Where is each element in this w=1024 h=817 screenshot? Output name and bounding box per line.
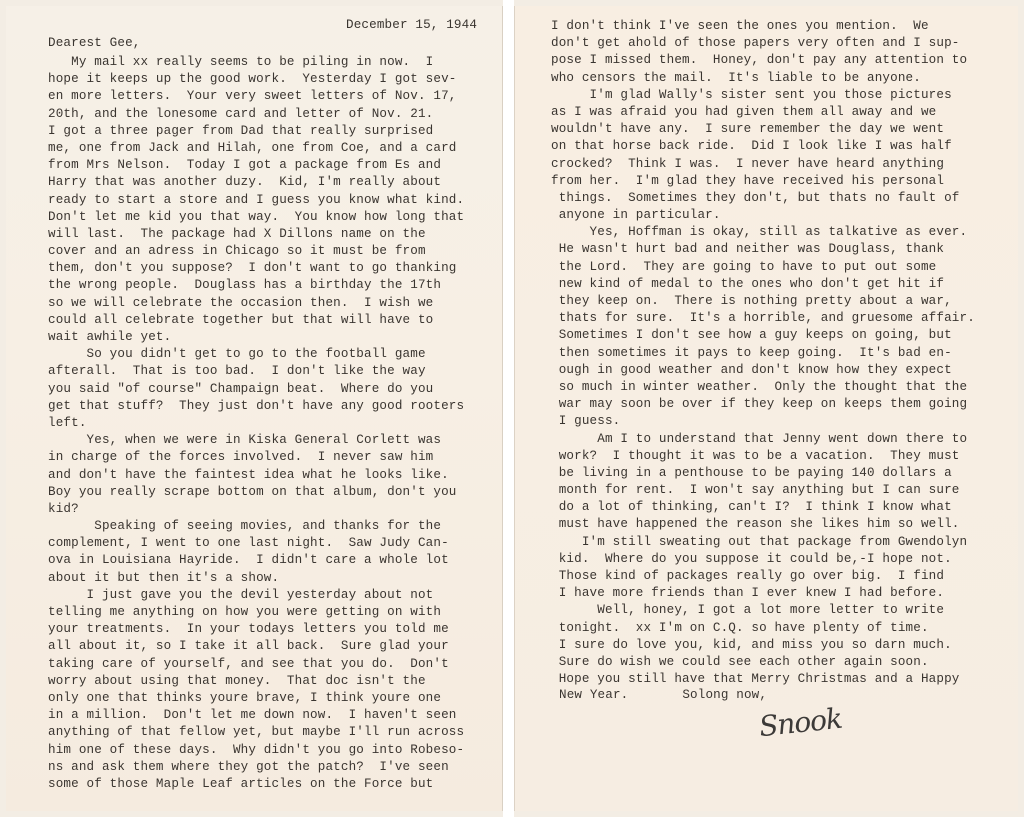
text-line: so much in winter weather. Only the thou… [551,379,975,396]
text-line: do a lot of thinking, can't I? I think I… [551,499,975,516]
text-line: left. [48,415,464,432]
text-line: in a million. Don't let me down now. I h… [48,707,464,724]
text-line: your treatments. In your todays letters … [48,621,464,638]
right-page-text: I don't think I've seen the ones you men… [551,18,975,688]
text-line: I have more friends than I ever knew I h… [551,585,975,602]
text-line: be living in a penthouse to be paying 14… [551,465,975,482]
text-line: I'm still sweating out that package from… [551,534,975,551]
page-gutter [503,0,514,817]
text-line: him one of these days. Why didn't you go… [48,742,464,759]
letter-page-left: December 15, 1944 Dearest Gee, My mail x… [6,6,503,811]
text-line: from Mrs Nelson. Today I got a package f… [48,157,464,174]
text-line: work? I thought it was to be a vacation.… [551,448,975,465]
text-line: Hope you still have that Merry Christmas… [551,671,975,688]
text-line: as I was afraid you had given them all a… [551,104,975,121]
text-line: Yes, Hoffman is okay, still as talkative… [551,224,975,241]
text-line: cover and an adress in Chicago so it mus… [48,243,464,260]
text-line: some of those Maple Leaf articles on the… [48,776,464,793]
left-page-text: My mail xx really seems to be piling in … [48,54,464,793]
text-line: kid? [48,501,464,518]
text-line: wait awhile yet. [48,329,464,346]
text-line: war may soon be over if they keep on kee… [551,396,975,413]
text-line: I guess. [551,413,975,430]
letter-spread: December 15, 1944 Dearest Gee, My mail x… [0,0,1024,817]
text-line: telling me anything on how you were gett… [48,604,464,621]
text-line: on that horse back ride. Did I look like… [551,138,975,155]
text-line: taking care of yourself, and see that yo… [48,656,464,673]
text-line: I don't think I've seen the ones you men… [551,18,975,35]
text-line: I just gave you the devil yesterday abou… [48,587,464,604]
text-line: so we will celebrate the occasion then. … [48,295,464,312]
text-line: He wasn't hurt bad and neither was Dougl… [551,241,975,258]
text-line: worry about using that money. That doc i… [48,673,464,690]
text-line: who censors the mail. It's liable to be … [551,70,975,87]
handwritten-signature: Snook [758,702,844,743]
text-line: all about it, so I take it all back. Sur… [48,638,464,655]
text-line: My mail xx really seems to be piling in … [48,54,464,71]
text-line: month for rent. I won't say anything but… [551,482,975,499]
text-line: me, one from Jack and Hilah, one from Co… [48,140,464,157]
text-line: ova in Louisiana Hayride. I didn't care … [48,552,464,569]
text-line: you said "of course" Champaign beat. Whe… [48,381,464,398]
text-line: wouldn't have any. I sure remember the d… [551,121,975,138]
text-line: crocked? Think I was. I never have heard… [551,156,975,173]
letter-date: December 15, 1944 [346,18,477,32]
text-line: only one that thinks youre brave, I thin… [48,690,464,707]
text-line: new kind of medal to the ones who don't … [551,276,975,293]
text-line: I'm glad Wally's sister sent you those p… [551,87,975,104]
text-line: pose I missed them. Honey, don't pay any… [551,52,975,69]
text-line: Speaking of seeing movies, and thanks fo… [48,518,464,535]
text-line: Yes, when we were in Kiska General Corle… [48,432,464,449]
text-line: them, don't you suppose? I don't want to… [48,260,464,277]
text-line: tonight. xx I'm on C.Q. so have plenty o… [551,620,975,637]
text-line: Those kind of packages really go over bi… [551,568,975,585]
text-line: will last. The package had X Dillons nam… [48,226,464,243]
text-line: thats for sure. It's a horrible, and gru… [551,310,975,327]
text-line: I sure do love you, kid, and miss you so… [551,637,975,654]
text-line: get that stuff? They just don't have any… [48,398,464,415]
text-line: they keep on. There is nothing pretty ab… [551,293,975,310]
text-line: about it but then it's a show. [48,570,464,587]
text-line: anything of that fellow yet, but maybe I… [48,724,464,741]
text-line: then sometimes it pays to keep going. It… [551,345,975,362]
text-line: Sure do wish we could see each other aga… [551,654,975,671]
text-line: from her. I'm glad they have received hi… [551,173,975,190]
text-line: So you didn't get to go to the football … [48,346,464,363]
text-line: complement, I went to one last night. Sa… [48,535,464,552]
text-line: anyone in particular. [551,207,975,224]
text-line: in charge of the forces involved. I neve… [48,449,464,466]
closing-line: New Year. Solong now, [559,688,767,702]
text-line: things. Sometimes they don't, but thats … [551,190,975,207]
text-line: en more letters. Your very sweet letters… [48,88,464,105]
text-line: Am I to understand that Jenny went down … [551,431,975,448]
letter-page-right: I don't think I've seen the ones you men… [514,6,1018,811]
text-line: ough in good weather and don't know how … [551,362,975,379]
salutation: Dearest Gee, [48,36,141,50]
text-line: the wrong people. Douglass has a birthda… [48,277,464,294]
text-line: could all celebrate together but that wi… [48,312,464,329]
text-line: hope it keeps up the good work. Yesterda… [48,71,464,88]
text-line: Well, honey, I got a lot more letter to … [551,602,975,619]
text-line: the Lord. They are going to have to put … [551,259,975,276]
text-line: kid. Where do you suppose it could be,-I… [551,551,975,568]
text-line: ready to start a store and I guess you k… [48,192,464,209]
text-line: don't get ahold of those papers very oft… [551,35,975,52]
text-line: ns and ask them where they got the patch… [48,759,464,776]
text-line: must have happened the reason she likes … [551,516,975,533]
text-line: Boy you really scrape bottom on that alb… [48,484,464,501]
text-line: Sometimes I don't see how a guy keeps on… [551,327,975,344]
text-line: Harry that was another duzy. Kid, I'm re… [48,174,464,191]
text-line: I got a three pager from Dad that really… [48,123,464,140]
text-line: 20th, and the lonesome card and letter o… [48,106,464,123]
text-line: afterall. That is too bad. I don't like … [48,363,464,380]
text-line: Don't let me kid you that way. You know … [48,209,464,226]
text-line: and don't have the faintest idea what he… [48,467,464,484]
